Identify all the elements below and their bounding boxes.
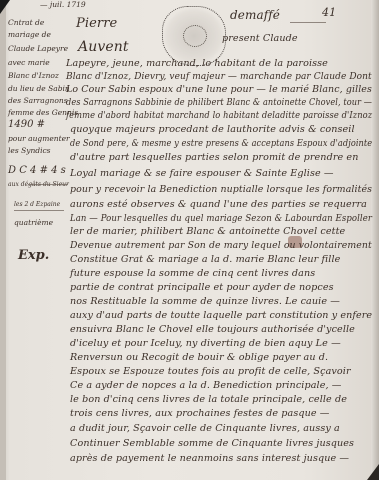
text-line: future espouse la somme de cinq cent liv…	[70, 268, 315, 279]
torn-corner-bottom-right	[367, 464, 379, 480]
text-line: d'autre part lesquelles parties selon pr…	[70, 152, 358, 163]
text-line: present Claude	[222, 33, 298, 44]
margin-note: du lieu de Sabin	[8, 84, 70, 93]
text-line: aurons esté observes & quand l'une des p…	[70, 199, 367, 210]
text-line: pour y recevoir la Benediction nuptialle…	[70, 184, 372, 195]
text-line: Renversun ou Recogit de bouir & oblige p…	[70, 352, 328, 363]
text-line: des Sarragnons Sabbinie de philibert Bla…	[66, 97, 372, 108]
margin-note: avec marie	[8, 58, 50, 67]
text-line: après de payement le neanmoins sans inte…	[70, 453, 349, 464]
text-line: trois cens livres, aux prochaines festes…	[70, 408, 330, 419]
text-line: Loyal mariage & se faire espouser & Sain…	[70, 168, 334, 179]
margin-amount: 1490 #	[8, 120, 45, 129]
text-line: Lapeyre, jeune, marchand, lo habitant de…	[66, 58, 328, 69]
text-line: Lan — Pour lesquelles du quel mariage Se…	[70, 213, 372, 224]
margin-note: Blanc d'Iznoz	[8, 71, 59, 80]
text-line: partie de contrat principalle et pour ay…	[70, 282, 334, 293]
header-word: demaffé	[230, 8, 280, 22]
text-line: Blanc d'Iznoz, Dievry, veuf majeur — mar…	[66, 71, 372, 82]
margin-rule	[28, 184, 68, 185]
margin-amount: D C 4 # 4 s	[8, 166, 66, 175]
page-left-edge	[0, 0, 6, 480]
text-line: Devenue autrement par Son de mary lequel…	[70, 240, 372, 251]
margin-note: Cntrat de	[8, 18, 44, 27]
text-line: ensuivra Blanc le Chovel elle toujours a…	[70, 324, 355, 335]
page-number: 41	[322, 6, 336, 19]
text-line: Constitue Grat & mariage a la d. marie B…	[70, 254, 340, 265]
text-line: Espoux se Espouze toutes fois au profit …	[70, 366, 351, 377]
header-rule	[290, 22, 326, 23]
page-right-edge	[371, 0, 379, 480]
torn-corner-top-left	[0, 0, 10, 14]
signature-mark: Exp.	[18, 248, 49, 263]
text-line: auxy d'aud parts de toutte laquelle part…	[70, 310, 372, 321]
tax-stamp-seal-icon	[162, 6, 226, 66]
margin-note: mariage de	[8, 30, 51, 39]
margin-note: les 2 d Ezpaine	[14, 200, 60, 209]
margin-note: quatrième	[14, 218, 53, 227]
name-word: Auvent	[78, 39, 129, 55]
text-line: quoyque majeurs procedant de lauthorite …	[70, 124, 355, 135]
margin-note: des Sarragnons	[8, 96, 68, 105]
margin-rule	[14, 210, 64, 211]
text-line: ler de marier, philibert Blanc & antoine…	[70, 226, 345, 237]
text-line: d'iceluy et pour Iceluy, ny diverting de…	[70, 338, 341, 349]
text-line: nos Restituable la somme de quinze livre…	[70, 296, 340, 307]
date-note: — juil. 1719	[40, 0, 86, 9]
text-line: Ce a ayder de nopces a la d. Benediction…	[70, 380, 341, 391]
margin-note: pour augmenter	[8, 134, 70, 143]
title-word: Pierre	[76, 16, 117, 31]
text-line: a dudit jour, Sçavoir celle de Cinquante…	[70, 423, 340, 434]
text-line: le bon d'cinq cens livres de la totale p…	[70, 394, 347, 405]
margin-note: les Syndics	[8, 146, 51, 155]
manuscript-page: — juil. 1719 demaffé 41 Pierre Auvent Cn…	[0, 0, 379, 480]
text-line: de Sond pere, & mesme y estre presens & …	[70, 138, 372, 149]
text-line: femme d'abord habitat marchand lo habita…	[66, 110, 372, 121]
text-line: Lo Cour Sabin espoux d'une lune pour — l…	[66, 84, 372, 95]
text-line: Continuer Semblable somme de Cinquante l…	[70, 438, 354, 449]
margin-note: Claude Lapeyre	[8, 44, 68, 53]
